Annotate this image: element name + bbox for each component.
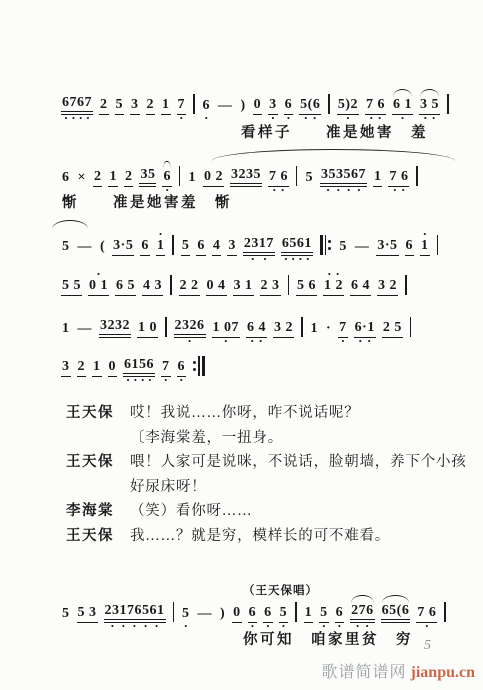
note-token: 6 [140,231,150,263]
note-token: 6 4 [350,271,371,303]
octave-dots [61,352,71,359]
note-text: 6 [405,238,415,256]
octave-dots [279,598,289,605]
octave-dots [260,271,281,278]
dialogue-text: 我……？就是穷，模样长的可不难看。 [130,524,467,549]
octave-dots [227,231,237,238]
note-token: 0 [232,598,242,630]
note-text: ) [240,98,247,115]
note-token: ·1 [420,231,430,263]
octave-dots [142,271,163,278]
octave-dots [196,231,206,238]
octave-dots [92,352,102,359]
note-token: 6· [162,162,172,194]
octave-dots [219,599,226,606]
music-line-5: 1—32321 02326·1 07·6 4··3 21·7·6·1··2 5 [58,311,415,345]
note-token: ··1 2 [323,271,344,303]
octave-dots [243,229,275,236]
note-text: 1 [108,169,118,187]
note-token: 2 5 [382,313,403,345]
note-token: 7· [161,352,171,384]
note-token: 7 6· [416,598,437,630]
note-token: 2 [93,162,103,194]
dialogue-block: 王天保哎！我说……你呀，咋不说话呢？〔李海棠羞，一扭身。王天保喂！人家可是说咪，… [66,401,467,548]
octave-dots [273,338,294,345]
note-token: 2 [124,162,134,194]
octave-dots: · [177,377,187,384]
octave-dots [137,338,158,345]
octave-dots [320,160,367,167]
note-token: 3 [227,231,237,263]
watermark: 歌谱简谱网jianpu.cn [322,659,475,682]
octave-dots: · [161,377,171,384]
octave-dots [108,377,118,384]
note-text: 2 [77,359,87,377]
note-text: 3 2 [377,278,398,296]
note-token: 353567···· [320,160,367,194]
note-token: 5(6·· [299,90,321,122]
note-token: 1 0 [137,313,158,345]
note-text: 5 5 [61,278,82,296]
octave-dots [179,296,200,303]
note-text: 35 [139,167,156,187]
note-text: 1 [187,170,197,187]
watermark-site: 歌谱简谱网 [322,664,407,681]
octave-dots [146,90,156,97]
lyrics-line-2: 惭 准是她害羞 惭 [58,191,473,212]
note-token: 6 5 [115,271,136,303]
octave-dots [212,256,222,263]
note-text: × [77,170,87,187]
watermark-url: jianpu.cn [411,664,475,681]
octave-dots [373,162,383,169]
octave-dot: · [148,377,152,384]
octave-dots [77,314,94,321]
note-text: ( [99,239,106,256]
octave-dots [248,598,258,605]
speaker-name: 王天保 [66,401,130,426]
note-token: 1 07· [212,313,241,345]
octave-dots [337,90,359,97]
phrase-slur [52,220,88,229]
octave-dots [304,598,314,605]
octave-dots: · [156,231,166,238]
lyrics-line-7: 你可知 咱家里贫 穷 [58,628,473,649]
note-text: 3 [130,97,140,115]
note-text: 0 4 [206,278,227,296]
barline [288,275,290,295]
note-token: 3232 [99,311,131,345]
octave-dots [376,256,398,263]
note-token: 5 [338,232,348,263]
barline [328,94,330,114]
note-token: 35 [139,160,156,194]
octave-dots [212,313,241,320]
repeat-dots [328,240,331,250]
octave-dots [61,314,71,321]
note-token: 3 5·· [419,90,440,122]
octave-dots [405,231,415,238]
octave-dots [177,352,187,359]
note-token: 2 2 [179,271,200,303]
note-token: 3 1 [233,271,254,303]
octave-dots: · [420,231,430,238]
note-token: 6 1· [392,90,413,122]
note-text: 2 [124,169,134,187]
octave-dots [104,596,166,603]
octave-dot: · [263,256,267,263]
note-token: 6· [202,91,212,122]
note-token: 5 [115,90,125,122]
dialogue-text: 喂！人家可是说咪，不说话，脸朝墙，养下个小孩好尿床呀！ [130,450,467,499]
note-text: 4 3 [142,278,163,296]
note-token: ·0 1 [88,271,109,303]
note-text: 6 [140,238,150,256]
speaker-name: 王天保 [66,524,130,549]
score-page: 6767····253217·6·—)03·6·5(6··5)2·7 6··6 … [0,0,483,690]
note-token: 4 3 [142,271,163,303]
octave-dots [140,256,150,263]
octave-dots [115,90,125,97]
dialogue-text: 〔李海棠羞，一扭身。 [130,426,467,451]
octave-dots [61,271,82,278]
octave-dot: · [126,377,130,384]
note-token: 5 6 [296,271,317,303]
note-text: 3 [61,359,71,377]
octave-dot: · [251,256,255,263]
note-token: 65(6 [381,596,411,630]
octave-dots [376,231,398,238]
octave-dots [382,313,403,320]
note-token: 6· [248,598,258,630]
note-token: 0 [253,90,263,122]
note-token: 5· [319,598,329,630]
octave-dots: · [88,271,109,278]
note-text: 276 [350,603,375,623]
note-text: 5 3 [77,605,98,623]
octave-dots [240,91,247,98]
octave-dots [124,162,134,169]
note-token: 5 [304,163,314,194]
octave-dot: · [336,271,340,278]
note-text: 1 [92,359,102,377]
note-token: 2 3 [260,271,281,303]
octave-dots [161,90,171,97]
octave-dot: · [133,377,137,384]
note-text: 2317 [243,236,275,256]
note-text: 1 [420,238,430,256]
octave-dots [139,160,156,167]
note-token: 3 [61,352,71,384]
speaker-name [66,426,130,451]
octave-dots [281,229,313,236]
octave-dots: · [174,338,206,345]
dialogue-row: 李海棠（笑）看你呀…… [66,499,467,524]
octave-dot: · [250,338,254,345]
octave-dots [108,162,118,169]
note-text: 6 5 [115,278,136,296]
note-text: 3232 [99,318,131,338]
octave-dots [115,296,136,303]
octave-dot: · [298,256,302,263]
note-text: 2 5 [382,320,403,338]
barline [405,275,407,295]
note-token: 3·5 [376,231,398,263]
octave-dots [187,163,197,170]
note-text: 1 [156,238,166,256]
note-text: 5 6 [296,278,317,296]
note-text: 3235 [230,167,262,187]
barline [179,166,181,186]
octave-dots [112,231,134,238]
note-token: 2317·· [243,229,275,263]
octave-dots [61,163,71,170]
octave-dots [296,296,317,303]
octave-dots [77,377,87,384]
barline [444,602,446,622]
octave-dots: ·· [354,338,376,345]
octave-dots [382,338,403,345]
note-text: 5 [61,606,71,623]
note-token: 1 [187,163,197,194]
note-token: 4 [212,231,222,263]
octave-dots [99,256,106,263]
note-text: 6 [196,238,206,256]
octave-dots: ···· [281,256,313,263]
barline [296,166,298,186]
note-token: 2 [77,352,87,384]
octave-dots [323,296,344,303]
note-text: — [197,606,214,623]
octave-dots: · [212,338,241,345]
dialogue-row: 王天保我……？就是穷，模样长的可不难看。 [66,524,467,549]
octave-dots [273,313,294,320]
note-token: 5 [61,232,71,263]
octave-dots [335,598,345,605]
note-text: 2 3 [260,278,281,296]
note-token: 276·· [350,596,375,630]
barline-thin [325,235,327,255]
octave-dots [354,256,371,263]
octave-dots [354,232,371,239]
octave-dots [196,256,206,263]
barline [165,317,167,337]
note-token: 6156···· [123,350,155,384]
note-text: 5 [115,97,125,115]
note-token: 1 [92,352,102,384]
barline [173,602,175,622]
note-text: 65(6 [381,603,411,623]
note-text: 1 [61,321,71,338]
note-token: 5 [181,231,191,263]
octave-dots [416,598,437,605]
octave-dots [212,231,222,238]
octave-dots [108,352,118,359]
octave-dots [233,296,254,303]
note-token: 2 [146,90,156,122]
octave-dot: · [358,338,362,345]
note-text: 0 1 [88,278,109,296]
note-text: — [354,239,371,256]
barline [437,235,439,255]
note-token: 3235 [230,160,262,194]
octave-dots [310,314,320,321]
barline [172,235,174,255]
note-token: — [77,232,94,263]
note-token: ·1 [156,231,166,263]
dialogue-text: 哎！我说……你呀，咋不说话呢？ [130,401,467,426]
octave-dots [310,338,320,345]
octave-dots [350,296,371,303]
note-text: 2 [99,97,109,115]
octave-dots [377,271,398,278]
octave-dots [365,90,386,97]
dialogue-row: 〔李海棠羞，一扭身。 [66,426,467,451]
note-text: 3 1 [233,278,254,296]
music-line-3: 5—(3·56·156432317··6561····5—3·56·1 [58,229,442,263]
note-token: 23176561····· [104,596,166,630]
note-token: — [197,599,214,630]
note-token: 1 [310,314,320,345]
octave-dots [304,163,314,170]
note-token: ) [219,599,226,630]
note-token: 0 4 [206,271,227,303]
octave-dot: · [306,256,310,263]
octave-dots [77,598,98,605]
barline [410,317,412,337]
note-text: 1 0 [137,320,158,338]
octave-dots [179,271,200,278]
note-text: 0 2 [203,169,224,187]
note-token: 3 2 [377,271,398,303]
octave-dots [99,90,109,97]
octave-dots [299,90,321,97]
note-text: 1 [161,97,171,115]
octave-dots [296,271,317,278]
octave-dot: · [284,256,288,263]
note-token: 6767···· [61,88,93,122]
barline [416,166,418,186]
music-line-7: 55 323176561·····5·—)06·6·5·15·6·276··65… [58,596,450,630]
octave-dots [88,296,109,303]
note-text: — [77,321,94,338]
octave-dots [325,314,332,321]
note-token: 6· [263,598,273,630]
barline [301,317,303,337]
octave-dots [338,256,348,263]
octave-dot: · [179,377,183,384]
octave-dots [174,311,206,318]
note-text: 2 2 [179,278,200,296]
note-token: 2326· [174,311,206,345]
dialogue-text: （笑）看你呀…… [130,499,467,524]
octave-dots [233,271,254,278]
octave-dots [268,90,278,97]
note-token: 5· [181,599,191,630]
octave-dots [338,232,348,239]
slur-arc [351,595,374,603]
note-token: 1 [373,162,383,194]
note-text: 5 [181,238,191,256]
octave-dots [354,313,376,320]
music-line-6: 32106156····7·6· [58,350,209,384]
octave-dot: · [187,338,191,345]
octave-dots [130,90,140,97]
octave-dots [206,296,227,303]
octave-dots [377,296,398,303]
barline-thick [320,235,323,255]
note-token: — [77,314,94,345]
note-text: 2 [146,97,156,115]
note-text: 2 [93,169,103,187]
note-token: ) [240,91,247,122]
octave-dots [123,350,155,357]
octave-dots [197,599,214,606]
octave-dot: · [291,256,295,263]
note-text: 7 6 [388,169,409,187]
octave-dots [319,598,329,605]
octave-dots [202,91,212,98]
page-number: 5 [424,638,431,654]
note-text: · [325,321,332,338]
octave-dots: ·· [323,271,344,278]
octave-dots [325,338,332,345]
octave-dots [350,271,371,278]
octave-dots [61,232,71,239]
note-token: 3· [268,90,278,122]
octave-dots [405,256,415,263]
octave-dots [177,90,187,97]
note-text: 0 [232,605,242,623]
note-text: 3·5 [376,238,398,256]
octave-dots [388,162,409,169]
music-line-2: 6×212356·10 232357 6··5353567····17 6·· [58,160,422,194]
note-token: 6·1·· [354,313,376,345]
note-token: 5 5 [61,271,82,303]
note-text: 4 [212,238,222,256]
octave-dots [227,256,237,263]
dialogue-row: 王天保喂！人家可是说咪，不说话，脸朝墙，养下个小孩好尿床呀！ [66,450,467,499]
barline [447,94,449,114]
note-text: 0 [108,359,118,377]
note-token: 6 [405,231,415,263]
octave-dots [61,338,71,345]
speaker-name: 王天保 [66,450,130,499]
octave-dots [61,88,93,95]
dialogue-row: 王天保哎！我说……你呀，咋不说话呢？ [66,401,467,426]
note-text: 1 [373,169,383,187]
octave-dot: · [367,338,371,345]
octave-dots [232,598,242,605]
octave-dots: · [338,338,348,345]
note-text: 0 [253,97,263,115]
barline-thin [198,356,200,376]
note-token: 3 2 [273,313,294,345]
octave-dots [77,256,94,263]
repeat-dots [193,361,196,371]
note-token: 5 3 [77,598,98,630]
repeat-end-sign [193,356,205,376]
octave-dots [77,232,94,239]
barline [170,275,172,295]
octave-dots [203,162,224,169]
octave-dots [253,90,263,97]
note-text: 6 4 [350,278,371,296]
octave-dot: · [224,338,228,345]
note-token: 3·5 [112,231,134,263]
octave-dots [115,271,136,278]
octave-dot: · [158,231,162,238]
